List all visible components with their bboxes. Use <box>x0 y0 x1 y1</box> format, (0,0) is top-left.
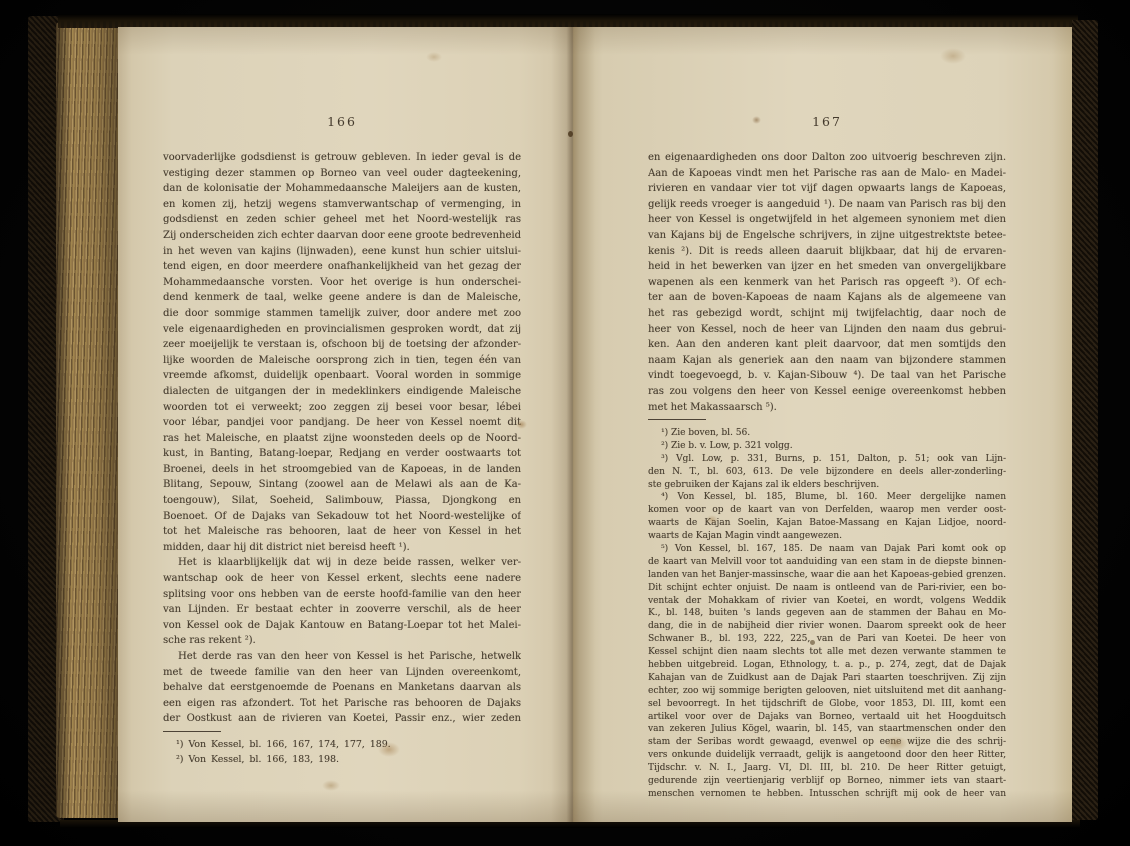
text-line: ter aan de boven-Kapoeas de naam Kajans … <box>648 290 1006 306</box>
text-line: voorvaderlijke godsdienst is getrouw geb… <box>163 150 521 166</box>
text-line: Tijdschr. v. N. I., Jaarg. VI, Dl. III, … <box>648 762 1006 775</box>
text-line: behalve dat eerstgenoemde de Poenans en … <box>163 680 521 696</box>
text-line: dang, die in de nabijheid dier rivier wo… <box>648 620 1006 633</box>
text-line: ²) Von Kessel, bl. 166, 183, 198. <box>163 752 521 767</box>
text-line: Dit schijnt echter onjuist. De naam is o… <box>648 582 1006 595</box>
paragraph: ²) Zie b. v. Low, p. 321 volgg. <box>648 440 1006 453</box>
text-line: voor lébar, pandjei voor pandjang. De he… <box>163 415 521 431</box>
text-line: sche ras rekent ²). <box>163 633 521 649</box>
text-line: dialecten de uitgangen der in medeklinke… <box>163 384 521 400</box>
photo-background: 166 voorvaderlijke godsdienst is getrouw… <box>0 0 1130 846</box>
text-line: ventak der Mohakkam of rivier van Koetei… <box>648 595 1006 608</box>
text-line: de kaart van Melvill voor tot aanduiding… <box>648 556 1006 569</box>
text-line: ⁴) Von Kessel, bl. 185, Blume, bl. 160. … <box>648 491 1006 504</box>
text-line: toengouw), Silat, Soeheid, Salimbouw, Pi… <box>163 493 521 509</box>
text-line: in het weven van kajins (lijnwaden), een… <box>163 244 521 260</box>
left-page-footnotes: ¹) Von Kessel, bl. 166, 167, 174, 177, 1… <box>163 737 521 767</box>
text-line: kust, in Banting, Batang-loepar, Redjang… <box>163 446 521 462</box>
text-line: ¹) Zie boven, bl. 56. <box>648 427 1006 440</box>
paragraph: voorvaderlijke godsdienst is getrouw geb… <box>163 150 521 555</box>
text-line: ¹) Von Kessel, bl. 166, 167, 174, 177, 1… <box>163 737 521 752</box>
text-line: Broenei, deels in het stroomgebied van d… <box>163 462 521 478</box>
text-line: dan de kolonisatie der Mohammedaansche M… <box>163 181 521 197</box>
text-line: Kahajan van de Zuidkust aan de Dajak Par… <box>648 672 1006 685</box>
paragraph: ¹) Von Kessel, bl. 166, 167, 174, 177, 1… <box>163 737 521 752</box>
text-line: Blitang, Sepouw, Sintang (zoowel aan de … <box>163 477 521 493</box>
text-line: hebben uitgebreid. Logan, Ethnology, t. … <box>648 659 1006 672</box>
text-line: vreemde afkomst, duidelijk openbaart. Vo… <box>163 368 521 384</box>
text-line: gelijk reeds vroeger is aangeduid ¹). De… <box>648 197 1006 213</box>
left-footnote-separator <box>163 731 221 732</box>
text-line: waarts de Kajan Magin vindt aangewezen. <box>648 530 1006 543</box>
text-line: Het derde ras van den heer von Kessel is… <box>163 649 521 665</box>
text-line: en komen zij, hetzij wegens stamverwants… <box>163 197 521 213</box>
text-line: tend eigen, en door meerdere onafhankeli… <box>163 259 521 275</box>
text-line: K., bl. 148, buiten 's lands gegeven aan… <box>648 607 1006 620</box>
text-line: ²) Zie b. v. Low, p. 321 volgg. <box>648 440 1006 453</box>
paragraph: ³) Vgl. Low, p. 331, Burns, p. 151, Dalt… <box>648 453 1006 492</box>
book-top-edge <box>58 14 1078 28</box>
paragraph: ²) Von Kessel, bl. 166, 183, 198. <box>163 752 521 767</box>
text-line: van Lijnden. Er bestaat echter in zoover… <box>163 602 521 618</box>
text-line: ⁵) Von Kessel, bl. 167, 185. De naam van… <box>648 543 1006 556</box>
text-line: midden, daar hij dit district niet berei… <box>163 540 521 556</box>
text-line: menschen vernomen te hebben. Intusschen … <box>648 788 1006 801</box>
text-line: wapenen als een kenmerk van het Parisch … <box>648 275 1006 291</box>
text-line: der Oostkust aan de rivieren van Koetei,… <box>163 711 521 727</box>
left-page-body-text: voorvaderlijke godsdienst is getrouw geb… <box>163 150 521 727</box>
text-line: Boenoet. Of de Dajaks van Sekadouw tot h… <box>163 509 521 525</box>
right-page-footnotes: ¹) Zie boven, bl. 56.²) Zie b. v. Low, p… <box>648 427 1006 801</box>
text-line: waarts de Kajan Soelin, Kajan Batoe-Mass… <box>648 517 1006 530</box>
text-line: ³) Vgl. Low, p. 331, Burns, p. 151, Dalt… <box>648 453 1006 466</box>
text-line: godsdienst en zeden schier geheel met he… <box>163 212 521 228</box>
right-page: 167 en eigenaardigheden ons door Dalton … <box>573 27 1072 822</box>
text-line: splitsing voor ons hebben van de eerste … <box>163 587 521 603</box>
paragraph: ¹) Zie boven, bl. 56. <box>648 427 1006 440</box>
text-line: Kessel schijnt dien naam slechts tot all… <box>648 646 1006 659</box>
text-line: heer von Kessel, noch de heer van Lijnde… <box>648 322 1006 338</box>
paragraph: en eigenaardigheden ons door Dalton zoo … <box>648 150 1006 415</box>
text-line: van Kajans bij de Engelsche schrijvers, … <box>648 228 1006 244</box>
text-line: ste gebruiken der Kajans zal ik elders b… <box>648 479 1006 492</box>
text-line: stam der Seribas wordt gewaagd, evenwel … <box>648 736 1006 749</box>
text-line: Het is klaarblijkelijk dat wij in deze b… <box>163 555 521 571</box>
right-page-number: 167 <box>648 114 1006 129</box>
paragraph: Het is klaarblijkelijk dat wij in deze b… <box>163 555 521 649</box>
right-page-body-text: en eigenaardigheden ons door Dalton zoo … <box>648 150 1006 415</box>
text-line: von Kessel ook de Dajak Kantouw en Batan… <box>163 618 521 634</box>
text-line: ken. Aan den anderen kant pleit daarvoor… <box>648 337 1006 353</box>
text-line: Mohammedaansche vorsten. Voor het overig… <box>163 275 521 291</box>
text-line: dend kenmerk de taal, welke geene andere… <box>163 290 521 306</box>
text-line: gedurende zijn veertienjarig verblijf op… <box>648 775 1006 788</box>
text-line: naam Kajan als generiek aan den naam van… <box>648 353 1006 369</box>
text-line: ras het Maleische, en plaatst zijne woon… <box>163 431 521 447</box>
text-line: vers onkunde duidelijk verraadt, gelijk … <box>648 749 1006 762</box>
text-line: met het Makassaarsch ⁵). <box>648 400 1006 416</box>
text-line: vestiging dezer stammen op Borneo van ve… <box>163 166 521 182</box>
text-line: Aan de Kapoeas vindt men het Parische ra… <box>648 166 1006 182</box>
text-line: den N. T., bl. 603, 613. De vele bijzond… <box>648 466 1006 479</box>
text-line: een eigen ras afzondert. Tot het Parisch… <box>163 696 521 712</box>
text-line: en eigenaardigheden ons door Dalton zoo … <box>648 150 1006 166</box>
text-line: artikel voor over de Dajaks van Borneo, … <box>648 711 1006 724</box>
text-line: kenis ²). Dit is reeds alleen daaruit bl… <box>648 244 1006 260</box>
left-page-number: 166 <box>163 114 521 129</box>
text-line: met de tweede familie van den heer van L… <box>163 665 521 681</box>
text-line: zeer moeijelijk te verstaan is, ofschoon… <box>163 337 521 353</box>
paragraph: Het derde ras van den heer von Kessel is… <box>163 649 521 727</box>
left-page: 166 voorvaderlijke godsdienst is getrouw… <box>118 27 573 822</box>
text-line: wantschap ook de heer von Kessel erkent,… <box>163 571 521 587</box>
paragraph: ⁴) Von Kessel, bl. 185, Blume, bl. 160. … <box>648 491 1006 543</box>
text-line: Schwaner B., bl. 193, 222, 225, van de P… <box>648 633 1006 646</box>
text-line: sel bevoorregt. In het tijdschrift de Gl… <box>648 698 1006 711</box>
text-line: Zij onderscheiden zich echter daarvan do… <box>163 228 521 244</box>
text-line: heer von Kessel is ongetwijfeld in het a… <box>648 212 1006 228</box>
text-line: van zekeren Julius Kögel, waarin, bl. 14… <box>648 723 1006 736</box>
text-line: vindt toegevoegd, b. v. Kajan-Sibouw ⁴).… <box>648 368 1006 384</box>
text-line: woorden tot ei verweekt; zoo zeggen zij … <box>163 400 521 416</box>
page-stack-left-edge <box>56 22 118 818</box>
right-footnote-separator <box>648 419 706 420</box>
text-line: het ras gebezigd wordt, schijnt mij twij… <box>648 306 1006 322</box>
text-line: ras zou volgens den heer von Kessel eeni… <box>648 384 1006 400</box>
book-cover-right-edge <box>1072 20 1098 820</box>
text-line: tot het Maleische ras behooren, laat de … <box>163 524 521 540</box>
text-line: komen voor op de kaart van von Derfelden… <box>648 504 1006 517</box>
text-line: echter, zoo wij sommige berigten geloove… <box>648 685 1006 698</box>
text-line: heid in het bewerken van ijzer en het sm… <box>648 259 1006 275</box>
text-line: rivieren en vandaar vier tot vijf dagen … <box>648 181 1006 197</box>
text-line: vele eigenaardigheden en provincialismen… <box>163 322 521 338</box>
text-line: landen van het Banjer-massinsche, waar d… <box>648 569 1006 582</box>
text-line: lijke woorden de Maleische oorsprong zic… <box>163 353 521 369</box>
paragraph: ⁵) Von Kessel, bl. 167, 185. De naam van… <box>648 543 1006 801</box>
text-line: die door sommige stammen tamelijk zuiver… <box>163 306 521 322</box>
